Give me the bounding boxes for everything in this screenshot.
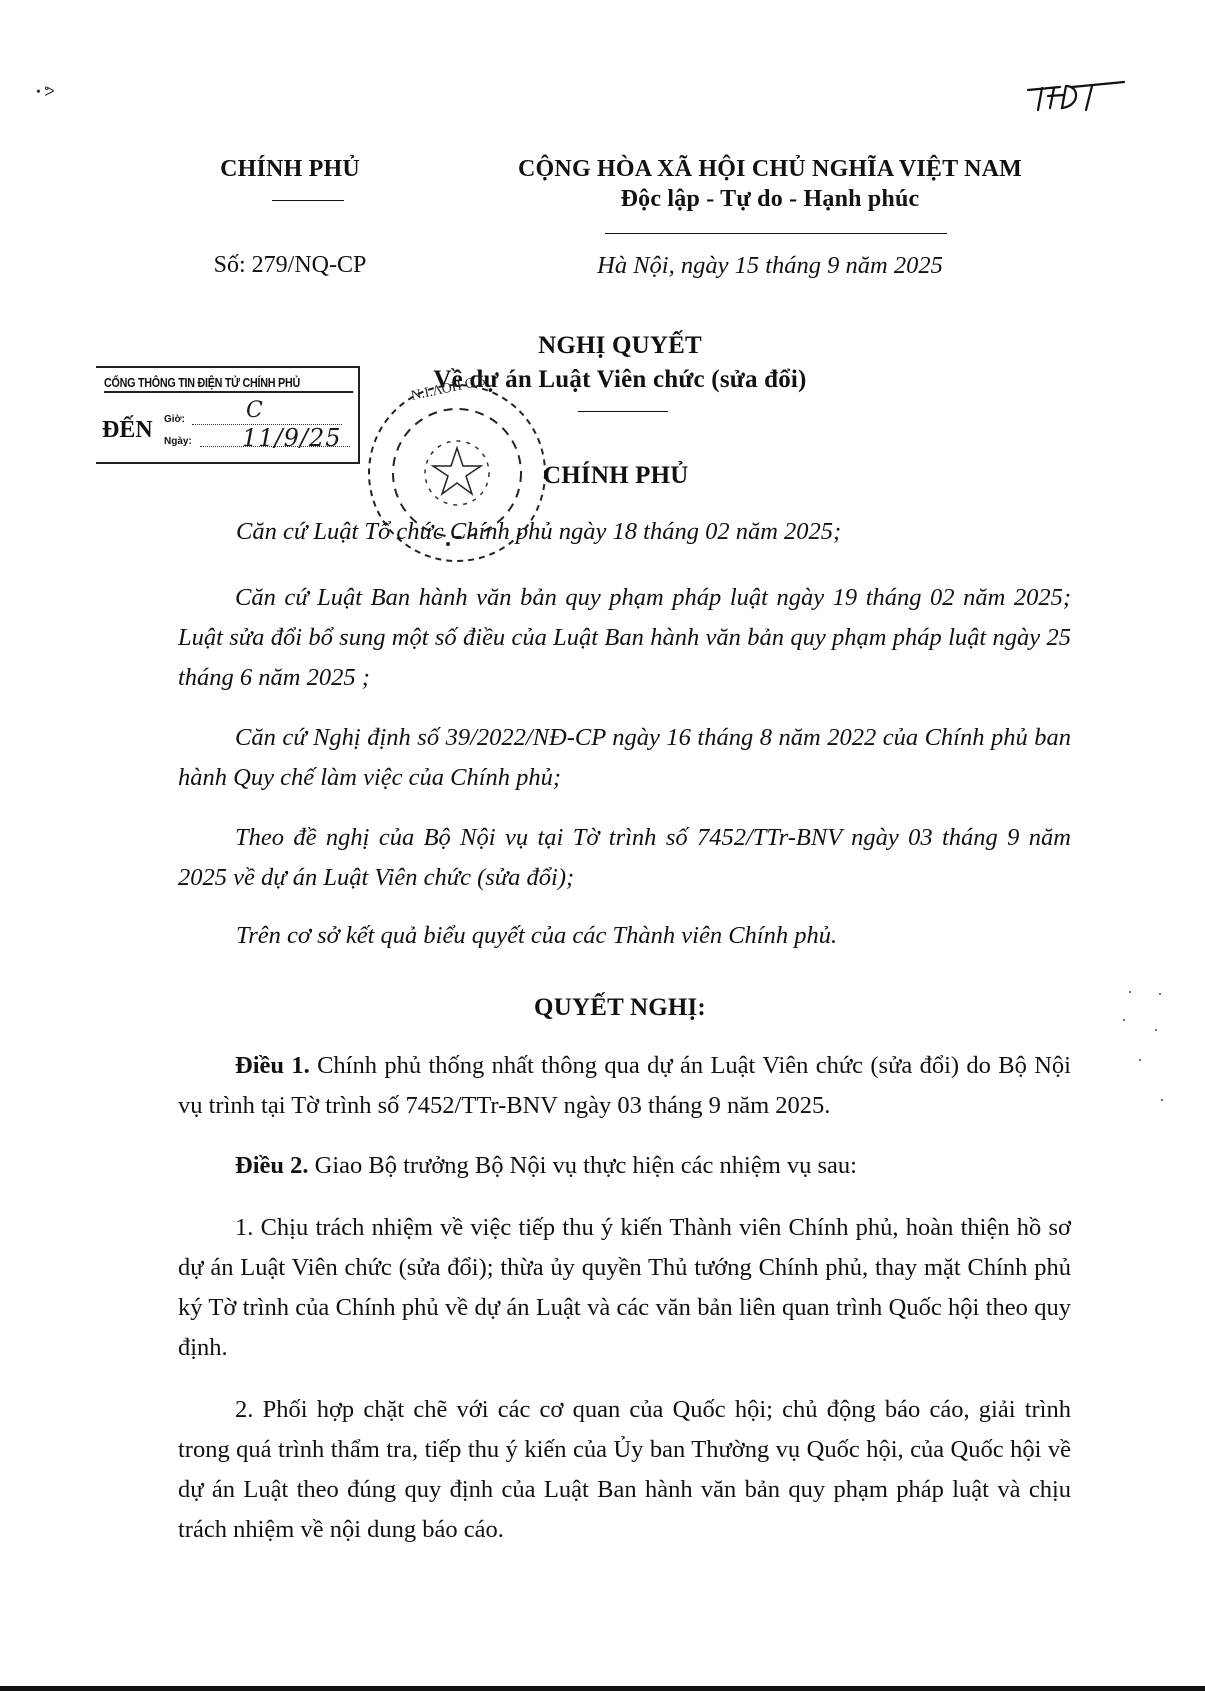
- country-name: CỘNG HÒA XÃ HỘI CHỦ NGHĨA VIỆT NAM: [470, 156, 1070, 183]
- stamp-time-value: C: [246, 398, 263, 423]
- issuer-heading: CHÍNH PHỦ: [543, 462, 689, 490]
- article-2: Điều 2. Giao Bộ trưởng Bộ Nội vụ thực hi…: [178, 1146, 1071, 1186]
- subtitle-underline: [578, 411, 668, 412]
- task-1: 1. Chịu trách nhiệm về việc tiếp thu ý k…: [178, 1208, 1071, 1368]
- motto-underline: [605, 233, 947, 234]
- document-title: NGHỊ QUYẾT: [430, 332, 810, 360]
- article-2-text: Giao Bộ trưởng Bộ Nội vụ thực hiện các n…: [309, 1152, 857, 1179]
- handwritten-mark: [1020, 78, 1130, 118]
- scan-specks: [1110, 990, 1170, 1110]
- place-date: Hà Nội, ngày 15 tháng 9 năm 2025: [470, 252, 1070, 280]
- article-2-label: Điều 2.: [235, 1152, 309, 1179]
- stamp-date-value: 11/9/25: [242, 424, 342, 452]
- preamble-1: Căn cứ Luật Tổ chức Chính phủ ngày 18 th…: [236, 518, 841, 546]
- preamble-3: Căn cứ Nghị định số 39/2022/NĐ-CP ngày 1…: [178, 718, 1071, 798]
- document-number: Số: 279/NQ-CP: [190, 252, 390, 279]
- stamp-date-label: Ngày:: [164, 436, 192, 447]
- issuing-agency: CHÍNH PHỦ: [200, 156, 380, 183]
- preamble-4: Theo đề nghị của Bộ Nội vụ tại Tờ trình …: [178, 818, 1071, 898]
- preamble-2: Căn cứ Luật Ban hành văn bản quy phạm ph…: [178, 578, 1071, 698]
- task-1-text: 1. Chịu trách nhiệm về việc tiếp thu ý k…: [178, 1214, 1071, 1361]
- preamble-2-text: Căn cứ Luật Ban hành văn bản quy phạm ph…: [178, 584, 1071, 691]
- article-1: Điều 1. Chính phủ thống nhất thông qua d…: [178, 1046, 1071, 1126]
- stamp-portal-name: CỔNG THÔNG TIN ĐIỆN TỬ CHÍNH PHỦ: [104, 376, 353, 393]
- scan-speck: • ᕗ: [36, 84, 55, 101]
- scan-bottom-edge: [0, 1686, 1205, 1691]
- article-1-label: Điều 1.: [235, 1052, 310, 1079]
- received-stamp: CỔNG THÔNG TIN ĐIỆN TỬ CHÍNH PHỦ ĐẾN Giờ…: [96, 366, 360, 464]
- official-seal-icon: Ν.Ι.ΛΟΗ Ο.5: [352, 368, 562, 578]
- stamp-den-label: ĐẾN: [102, 417, 153, 444]
- task-2-text: 2. Phối hợp chặt chẽ với các cơ quan của…: [178, 1396, 1071, 1543]
- resolves-heading: QUYẾT NGHỊ:: [430, 994, 810, 1022]
- national-motto: Độc lập - Tự do - Hạnh phúc: [470, 186, 1070, 213]
- preamble-4-text: Theo đề nghị của Bộ Nội vụ tại Tờ trình …: [178, 824, 1071, 891]
- stamp-time-label: Giờ:: [164, 414, 185, 425]
- svg-text:Ν.Ι.ΛΟΗ Ο.5: Ν.Ι.ΛΟΗ Ο.5: [410, 374, 487, 404]
- agency-underline: [272, 200, 344, 201]
- task-2: 2. Phối hợp chặt chẽ với các cơ quan của…: [178, 1390, 1071, 1550]
- article-1-text: Chính phủ thống nhất thông qua dự án Luậ…: [178, 1052, 1071, 1119]
- preamble-5: Trên cơ sở kết quả biểu quyết của các Th…: [236, 922, 837, 950]
- preamble-3-text: Căn cứ Nghị định số 39/2022/NĐ-CP ngày 1…: [178, 724, 1071, 791]
